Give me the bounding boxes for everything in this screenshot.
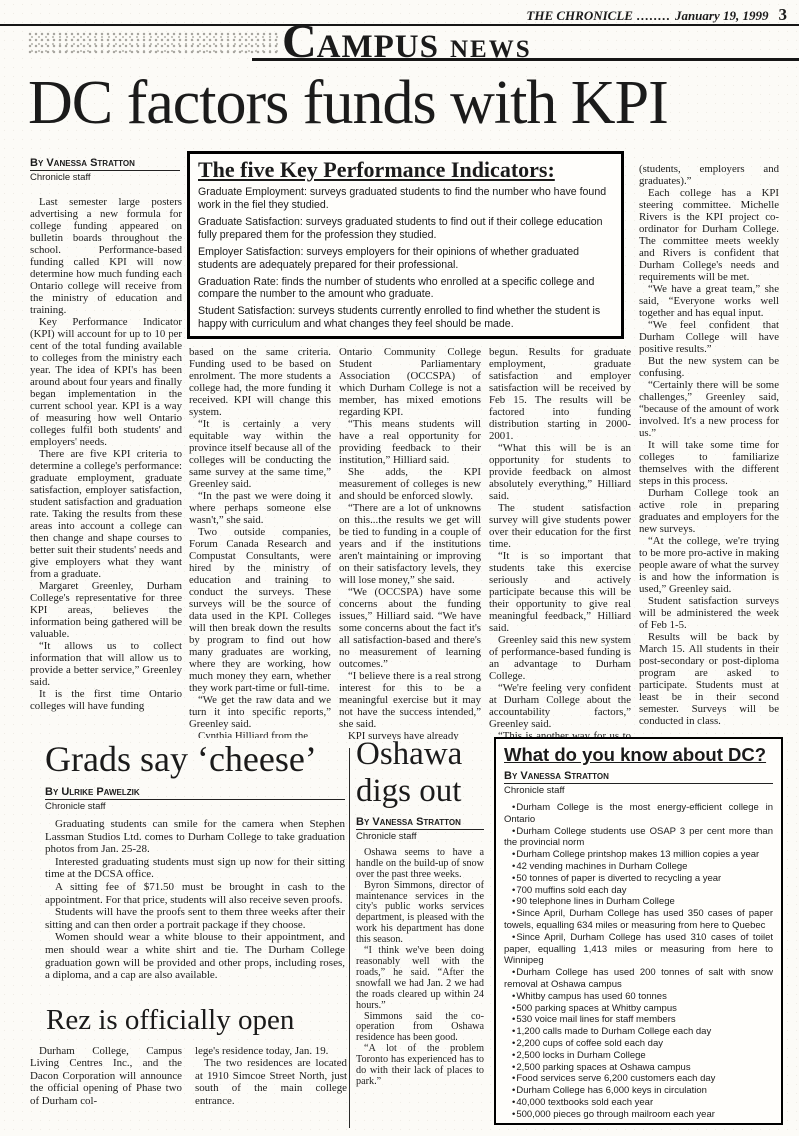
article-paragraph: “A lot of the problem Toronto has experi… xyxy=(356,1044,484,1088)
dc-fact-item: 1,200 calls made to Durham College each … xyxy=(504,1026,773,1038)
article-column-1: Last semester large posters advertising … xyxy=(30,196,182,736)
article-paragraph: “It is so important that students take t… xyxy=(489,550,631,634)
article-column-3: Ontario Community College Student Parlia… xyxy=(339,346,481,740)
article-paragraph: Graduating students can smile for the ca… xyxy=(45,818,345,856)
article-paragraph: She adds, the KPI measurement of college… xyxy=(339,466,481,502)
rez-column-2: lege's residence today, Jan. 19.The two … xyxy=(195,1045,347,1107)
dc-fact-item: Since April, Durham College has used 310… xyxy=(504,932,773,967)
dc-box-byline: By Vanessa Stratton Chronicle staff xyxy=(504,770,773,796)
dateline-dots: ........ xyxy=(637,8,671,23)
article-paragraph: It is the first time Ontario colleges wi… xyxy=(30,688,182,712)
paper-dateline: THE CHRONICLE........January 19, 19993 xyxy=(526,5,787,25)
dc-fact-item: Durham College has 6,000 keys in circula… xyxy=(504,1085,773,1097)
article-paragraph: But the new system can be confusing. xyxy=(639,355,779,379)
kpi-box-title: The five Key Performance Indicators: xyxy=(198,157,613,183)
article-paragraph: “In the past we were doing it where perh… xyxy=(189,490,331,526)
kpi-item-list: Graduate Employment: surveys graduated s… xyxy=(198,186,613,331)
kpi-item: Student Satisfaction: surveys students c… xyxy=(198,305,613,331)
rez-columns: Durham College, Campus Living Centres In… xyxy=(30,1045,347,1107)
article-paragraph: “It is certainly a very equitable way wi… xyxy=(189,418,331,490)
article-paragraph: “There are a lot of unknowns on this...t… xyxy=(339,502,481,586)
article-paragraph: Interested graduating students must sign… xyxy=(45,856,345,881)
article-paragraph: It will take some time for colleges to f… xyxy=(639,439,779,487)
article-paragraph: Byron Simmons, director of maintenance s… xyxy=(356,881,484,946)
dc-fact-item: 500 parking spaces at Whitby campus xyxy=(504,1003,773,1015)
article-paragraph: There are five KPI criteria to determine… xyxy=(30,448,182,580)
article-paragraph: Simmons said the co-operation from Oshaw… xyxy=(356,1012,484,1045)
dc-fact-item: 2,500 parking spaces at Oshawa campus xyxy=(504,1062,773,1074)
article-paragraph: The two residences are located at 1910 S… xyxy=(195,1057,347,1107)
article-paragraph: “It allows us to collect information tha… xyxy=(30,640,182,688)
dc-fact-item: 500,000 pieces go through mailroom each … xyxy=(504,1109,773,1121)
byline-name: By Vanessa Stratton xyxy=(504,770,773,784)
dc-fact-item: 2,200 cups of coffee sold each day xyxy=(504,1038,773,1050)
byline-name: By Ulrike Pawelzik xyxy=(45,786,345,800)
dc-fact-item: 40,000 textbooks sold each year xyxy=(504,1097,773,1109)
grads-byline: By Ulrike Pawelzik Chronicle staff xyxy=(45,786,345,812)
article-paragraph: lege's residence today, Jan. 19. xyxy=(195,1045,347,1057)
article-column-2: based on the same criteria. Funding used… xyxy=(189,346,331,738)
article-paragraph: begun. Results for graduate employment, … xyxy=(489,346,631,442)
article-paragraph: “I think we've been doing reasonably wel… xyxy=(356,946,484,1011)
byline-credit: Chronicle staff xyxy=(504,784,773,796)
article-paragraph: “Certainly there will be some challenges… xyxy=(639,379,779,439)
oshawa-byline: By Vanessa Stratton Chronicle staff xyxy=(356,816,484,842)
dc-fact-item: 42 vending machines in Durham College xyxy=(504,861,773,873)
rez-headline: Rez is officially open xyxy=(46,1004,347,1037)
grads-text: Graduating students can smile for the ca… xyxy=(45,818,345,982)
article-paragraph: Results will be back by March 15. All st… xyxy=(639,631,779,727)
article-paragraph: Key Performance Indicator (KPI) will acc… xyxy=(30,316,182,448)
column-divider xyxy=(349,748,350,1128)
article-paragraph: Oshawa seems to have a handle on the bui… xyxy=(356,848,484,881)
article-paragraph: Last semester large posters advertising … xyxy=(30,196,182,316)
byline-name: By Vanessa Stratton xyxy=(30,157,180,171)
byline-name: By Vanessa Stratton xyxy=(356,816,484,830)
dc-fact-item: Durham College has used 200 tonnes of sa… xyxy=(504,967,773,991)
article-paragraph: Greenley said this new system of perform… xyxy=(489,634,631,682)
article-paragraph: “At the college, we're trying to be more… xyxy=(639,535,779,595)
article-paragraph: “This means students will have a real op… xyxy=(339,418,481,466)
main-byline: By Vanessa Stratton Chronicle staff xyxy=(30,157,180,183)
kpi-item: Employer Satisfaction: surveys employers… xyxy=(198,246,613,272)
article-column-4: begun. Results for graduate employment, … xyxy=(489,346,631,738)
article-paragraph: Each college has a KPI steering committe… xyxy=(639,187,779,283)
article-paragraph: (students, employers and graduates).” xyxy=(639,163,779,187)
article-paragraph: based on the same criteria. Funding used… xyxy=(189,346,331,418)
kpi-indicator-box: The five Key Performance Indicators: Gra… xyxy=(187,151,624,339)
article-paragraph: “We're feeling very confident at Durham … xyxy=(489,682,631,730)
masthead-texture xyxy=(28,32,280,56)
kpi-item: Graduate Employment: surveys graduated s… xyxy=(198,186,613,212)
masthead-rule xyxy=(252,58,799,61)
byline-credit: Chronicle staff xyxy=(45,800,345,812)
main-headline: DC factors funds with KPI xyxy=(28,68,780,139)
page-number: 3 xyxy=(779,5,788,24)
article-paragraph: “We have a great team,” she said, “Every… xyxy=(639,283,779,319)
article-paragraph: Ontario Community College Student Parlia… xyxy=(339,346,481,418)
dc-fact-item: 530 voice mail lines for staff members xyxy=(504,1014,773,1026)
dc-fact-item: 90 telephone lines in Durham College xyxy=(504,896,773,908)
dc-fact-item: Durham College is the most energy-effici… xyxy=(504,802,773,826)
dc-box-title: What do you know about DC? xyxy=(504,744,773,766)
paper-name: THE CHRONICLE xyxy=(526,8,633,23)
dc-fact-item: Since April, Durham College has used 350… xyxy=(504,908,773,932)
dc-fact-item: 700 muffins sold each day xyxy=(504,885,773,897)
article-paragraph: “What this will be is an opportunity for… xyxy=(489,442,631,502)
article-paragraph: A sitting fee of $71.50 must be brought … xyxy=(45,881,345,906)
article-paragraph: Durham College, Campus Living Centres In… xyxy=(30,1045,182,1107)
article-column-5: (students, employers and graduates).”Eac… xyxy=(639,163,779,736)
rez-article: Rez is officially open Durham College, C… xyxy=(30,1004,347,1107)
kpi-item: Graduation Rate: finds the number of stu… xyxy=(198,276,613,302)
article-paragraph: “We get the raw data and we turn it into… xyxy=(189,694,331,730)
dc-fact-item: Whitby campus has used 60 tonnes xyxy=(504,991,773,1003)
byline-credit: Chronicle staff xyxy=(356,830,484,842)
article-paragraph: Durham College took an active role in pr… xyxy=(639,487,779,535)
oshawa-article: Oshawa digs out By Vanessa Stratton Chro… xyxy=(356,736,484,1088)
article-paragraph: Margaret Greenley, Durham College's repr… xyxy=(30,580,182,640)
article-paragraph: “I believe there is a real strong intere… xyxy=(339,670,481,730)
kpi-item: Graduate Satisfaction: surveys graduated… xyxy=(198,216,613,242)
grads-headline: Grads say ‘cheese’ xyxy=(45,738,345,780)
dc-facts-box: What do you know about DC? By Vanessa St… xyxy=(494,737,783,1125)
issue-date: January 19, 1999 xyxy=(675,8,769,23)
dc-fact-item: 50 tonnes of paper is diverted to recycl… xyxy=(504,873,773,885)
article-paragraph: “We (OCCSPA) have some concerns about th… xyxy=(339,586,481,670)
dc-fact-item: Durham College printshop makes 13 millio… xyxy=(504,849,773,861)
dc-fact-list: Durham College is the most energy-effici… xyxy=(504,802,773,1121)
newspaper-page: THE CHRONICLE........January 19, 19993 C… xyxy=(0,0,799,1136)
dc-fact-item: Food services serve 6,200 customers each… xyxy=(504,1073,773,1085)
article-paragraph: Two outside companies, Forum Canada Rese… xyxy=(189,526,331,694)
oshawa-headline: Oshawa digs out xyxy=(356,736,484,810)
byline-credit: Chronicle staff xyxy=(30,171,180,183)
article-paragraph: “We feel confident that Durham College w… xyxy=(639,319,779,355)
oshawa-text: Oshawa seems to have a handle on the bui… xyxy=(356,848,484,1088)
rez-column-1: Durham College, Campus Living Centres In… xyxy=(30,1045,182,1107)
dc-fact-item: Durham College students use OSAP 3 per c… xyxy=(504,826,773,850)
article-paragraph: Women should wear a white blouse to thei… xyxy=(45,931,345,981)
article-paragraph: Student satisfaction surveys will be adm… xyxy=(639,595,779,631)
article-paragraph: Students will have the proofs sent to th… xyxy=(45,906,345,931)
article-paragraph: The student satisfaction survey will giv… xyxy=(489,502,631,550)
grads-article: Grads say ‘cheese’ By Ulrike Pawelzik Ch… xyxy=(45,738,345,982)
article-paragraph: Cynthia Hilliard from the xyxy=(189,730,331,738)
dc-fact-item: 2,500 locks in Durham College xyxy=(504,1050,773,1062)
